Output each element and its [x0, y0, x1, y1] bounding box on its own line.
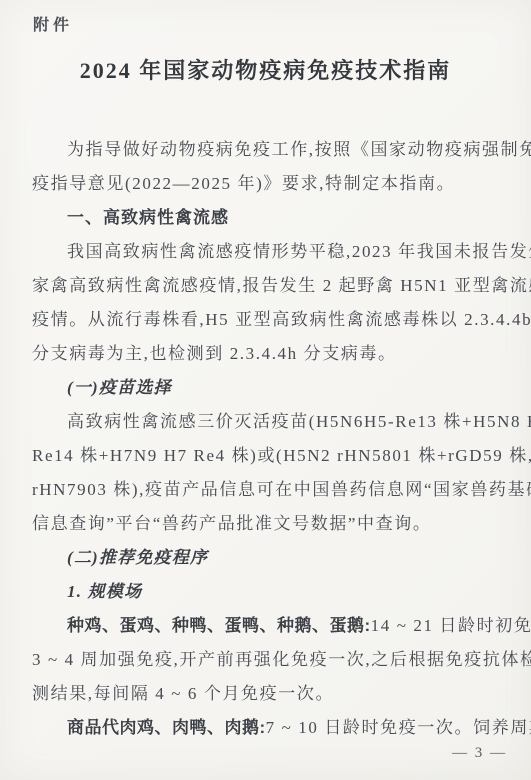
vaccine-info-line-2: Re14 株+H7N9 H7 Re4 株)或(H5N2 rHN5801 株+rG… [32, 439, 502, 473]
broiler-poultry-line-1: 商品代肉鸡、肉鸭、肉鹅:7 ~ 10 日龄时免疫一次。饲养周期 [32, 711, 502, 745]
vaccine-info-line-3: rHN7903 株),疫苗产品信息可在中国兽药信息网“国家兽药基础 [32, 473, 502, 507]
vaccine-info-line-4: 信息查询”平台“兽药产品批准文号数据”中查询。 [32, 507, 502, 541]
breeder-poultry-line-3: 测结果,每间隔 4 ~ 6 个月免疫一次。 [32, 677, 502, 711]
breeder-poultry-schedule-start: 14 ~ 21 日龄时初免,间隔 [371, 616, 531, 635]
subsection-heading-scale-farm: 1. 规模场 [32, 575, 502, 609]
epidemic-status-line-4: 分支病毒为主,也检测到 2.3.4.4h 分支病毒。 [32, 337, 502, 371]
intro-line-2: 疫指导意见(2022—2025 年)》要求,特制定本指南。 [32, 167, 502, 201]
document-title: 2024 年国家动物疫病免疫技术指南 [0, 54, 531, 85]
epidemic-status-line-2: 家禽高致病性禽流感疫情,报告发生 2 起野禽 H5N1 亚型禽流感 [32, 269, 502, 303]
breeder-poultry-species-label: 种鸡、蛋鸡、种鸭、蛋鸭、种鹅、蛋鹅: [67, 616, 371, 635]
intro-line-1: 为指导做好动物疫病免疫工作,按照《国家动物疫病强制免 [32, 133, 502, 167]
epidemic-status-line-1: 我国高致病性禽流感疫情形势平稳,2023 年我国未报告发生 [32, 235, 502, 269]
broiler-poultry-schedule-start: 7 ~ 10 日龄时免疫一次。饲养周期 [266, 718, 531, 737]
subsection-heading-vaccine-selection: (一)疫苗选择 [32, 371, 502, 405]
section-heading-avian-influenza: 一、高致病性禽流感 [32, 201, 502, 235]
scanned-document-page: 附件 2024 年国家动物疫病免疫技术指南 为指导做好动物疫病免疫工作,按照《国… [0, 0, 531, 780]
breeder-poultry-line-2: 3 ~ 4 周加强免疫,开产前再强化免疫一次,之后根据免疫抗体检 [32, 643, 502, 677]
page-number: — 3 — [452, 742, 507, 764]
attachment-label: 附件 [33, 12, 73, 35]
broiler-poultry-species-label: 商品代肉鸡、肉鸭、肉鹅: [67, 718, 266, 737]
epidemic-status-line-3: 疫情。从流行毒株看,H5 亚型高致病性禽流感毒株以 2.3.4.4b [32, 303, 502, 337]
vaccine-info-line-1: 高致病性禽流感三价灭活疫苗(H5N6H5-Re13 株+H5N8 H5- [32, 405, 502, 439]
document-body: 为指导做好动物疫病免疫工作,按照《国家动物疫病强制免 疫指导意见(2022—20… [32, 133, 502, 745]
breeder-poultry-line-1: 种鸡、蛋鸡、种鸭、蛋鸭、种鹅、蛋鹅:14 ~ 21 日龄时初免,间隔 [32, 609, 502, 643]
subsection-heading-immunization-program: (二)推荐免疫程序 [32, 541, 502, 575]
